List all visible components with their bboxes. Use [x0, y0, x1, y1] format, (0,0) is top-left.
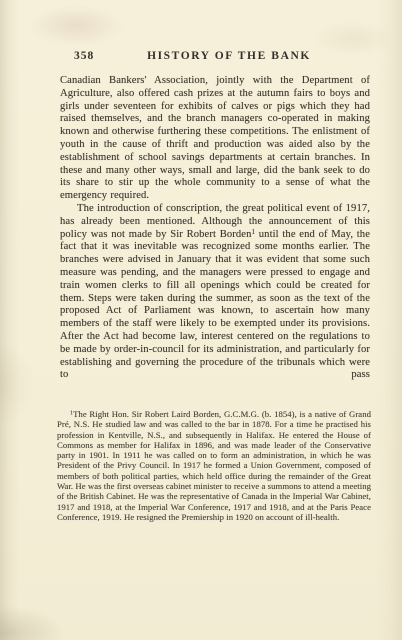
body-paragraph-1: Canadian Bankers' Association, jointly w… [60, 75, 370, 203]
body-text-block: Canadian Bankers' Association, jointly w… [60, 75, 370, 382]
running-title: HISTORY OF THE BANK [74, 50, 384, 62]
book-page: 358 HISTORY OF THE BANK Canadian Bankers… [0, 0, 402, 640]
body-paragraph-1-text: Canadian Bankers' Association, jointly w… [60, 75, 370, 201]
footnote-text: The Right Hon. Sir Robert Laird Borden, … [57, 409, 371, 522]
footnote: 1The Right Hon. Sir Robert Laird Borden,… [57, 409, 371, 522]
footnote-paragraph: 1The Right Hon. Sir Robert Laird Borden,… [57, 409, 371, 522]
body-paragraph-2: The introduction of conscription, the gr… [60, 203, 370, 382]
body-paragraph-2-text-after-ref: until the end of May, the fact that it w… [60, 229, 370, 381]
running-head: 358 HISTORY OF THE BANK [60, 50, 370, 64]
